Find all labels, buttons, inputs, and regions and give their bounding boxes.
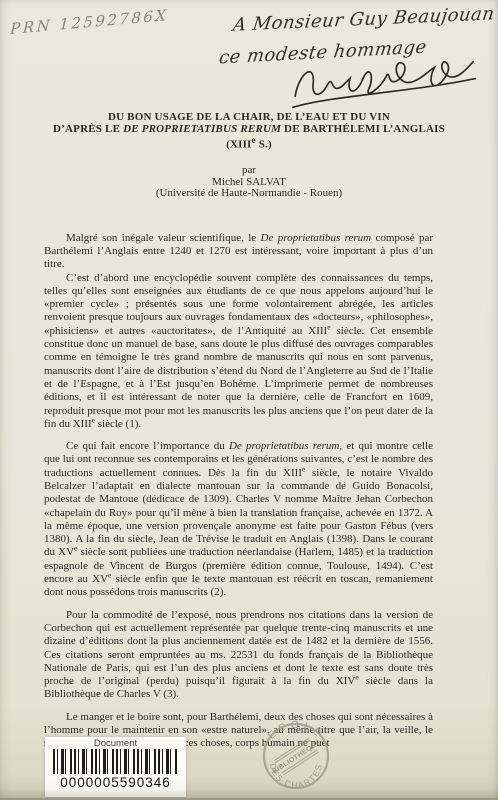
stamp-top-text: ECOLE	[266, 719, 327, 742]
paragraph: Malgré son inégale valeur scientifique, …	[44, 232, 433, 272]
barcode-label: Document	[45, 737, 186, 749]
byline-block: par Michel SALVAT (Université de Haute-N…	[0, 165, 498, 200]
paragraph: Pour la commodité de l’exposé, nous pren…	[44, 609, 433, 702]
article-body: Malgré son inégale valeur scientifique, …	[44, 232, 433, 751]
barcode-bars	[53, 749, 178, 774]
barcode-sticker: Document 0000005590346	[45, 737, 186, 797]
title-line-2: D’APRÈS LE DE PROPRIETATIBUS RERUM DE BA…	[0, 124, 498, 136]
scanned-document-page: { "page": { "background": "#e9e5d8", "in…	[0, 0, 498, 800]
paragraph: Ce qui fait encore l’importance du De pr…	[44, 440, 433, 600]
author-affiliation: (Université de Haute-Normandie - Rouen)	[0, 188, 498, 200]
library-stamp: ECOLE DES CHARTES BIBLIOTHÈQUE	[258, 718, 334, 794]
paragraph: C’est d’abord une encyclopédie souvent c…	[44, 272, 433, 432]
title-line-3: (XIIIe S.)	[0, 135, 498, 151]
byline: par	[0, 165, 498, 177]
barcode-number: 0000005590346	[45, 774, 186, 792]
